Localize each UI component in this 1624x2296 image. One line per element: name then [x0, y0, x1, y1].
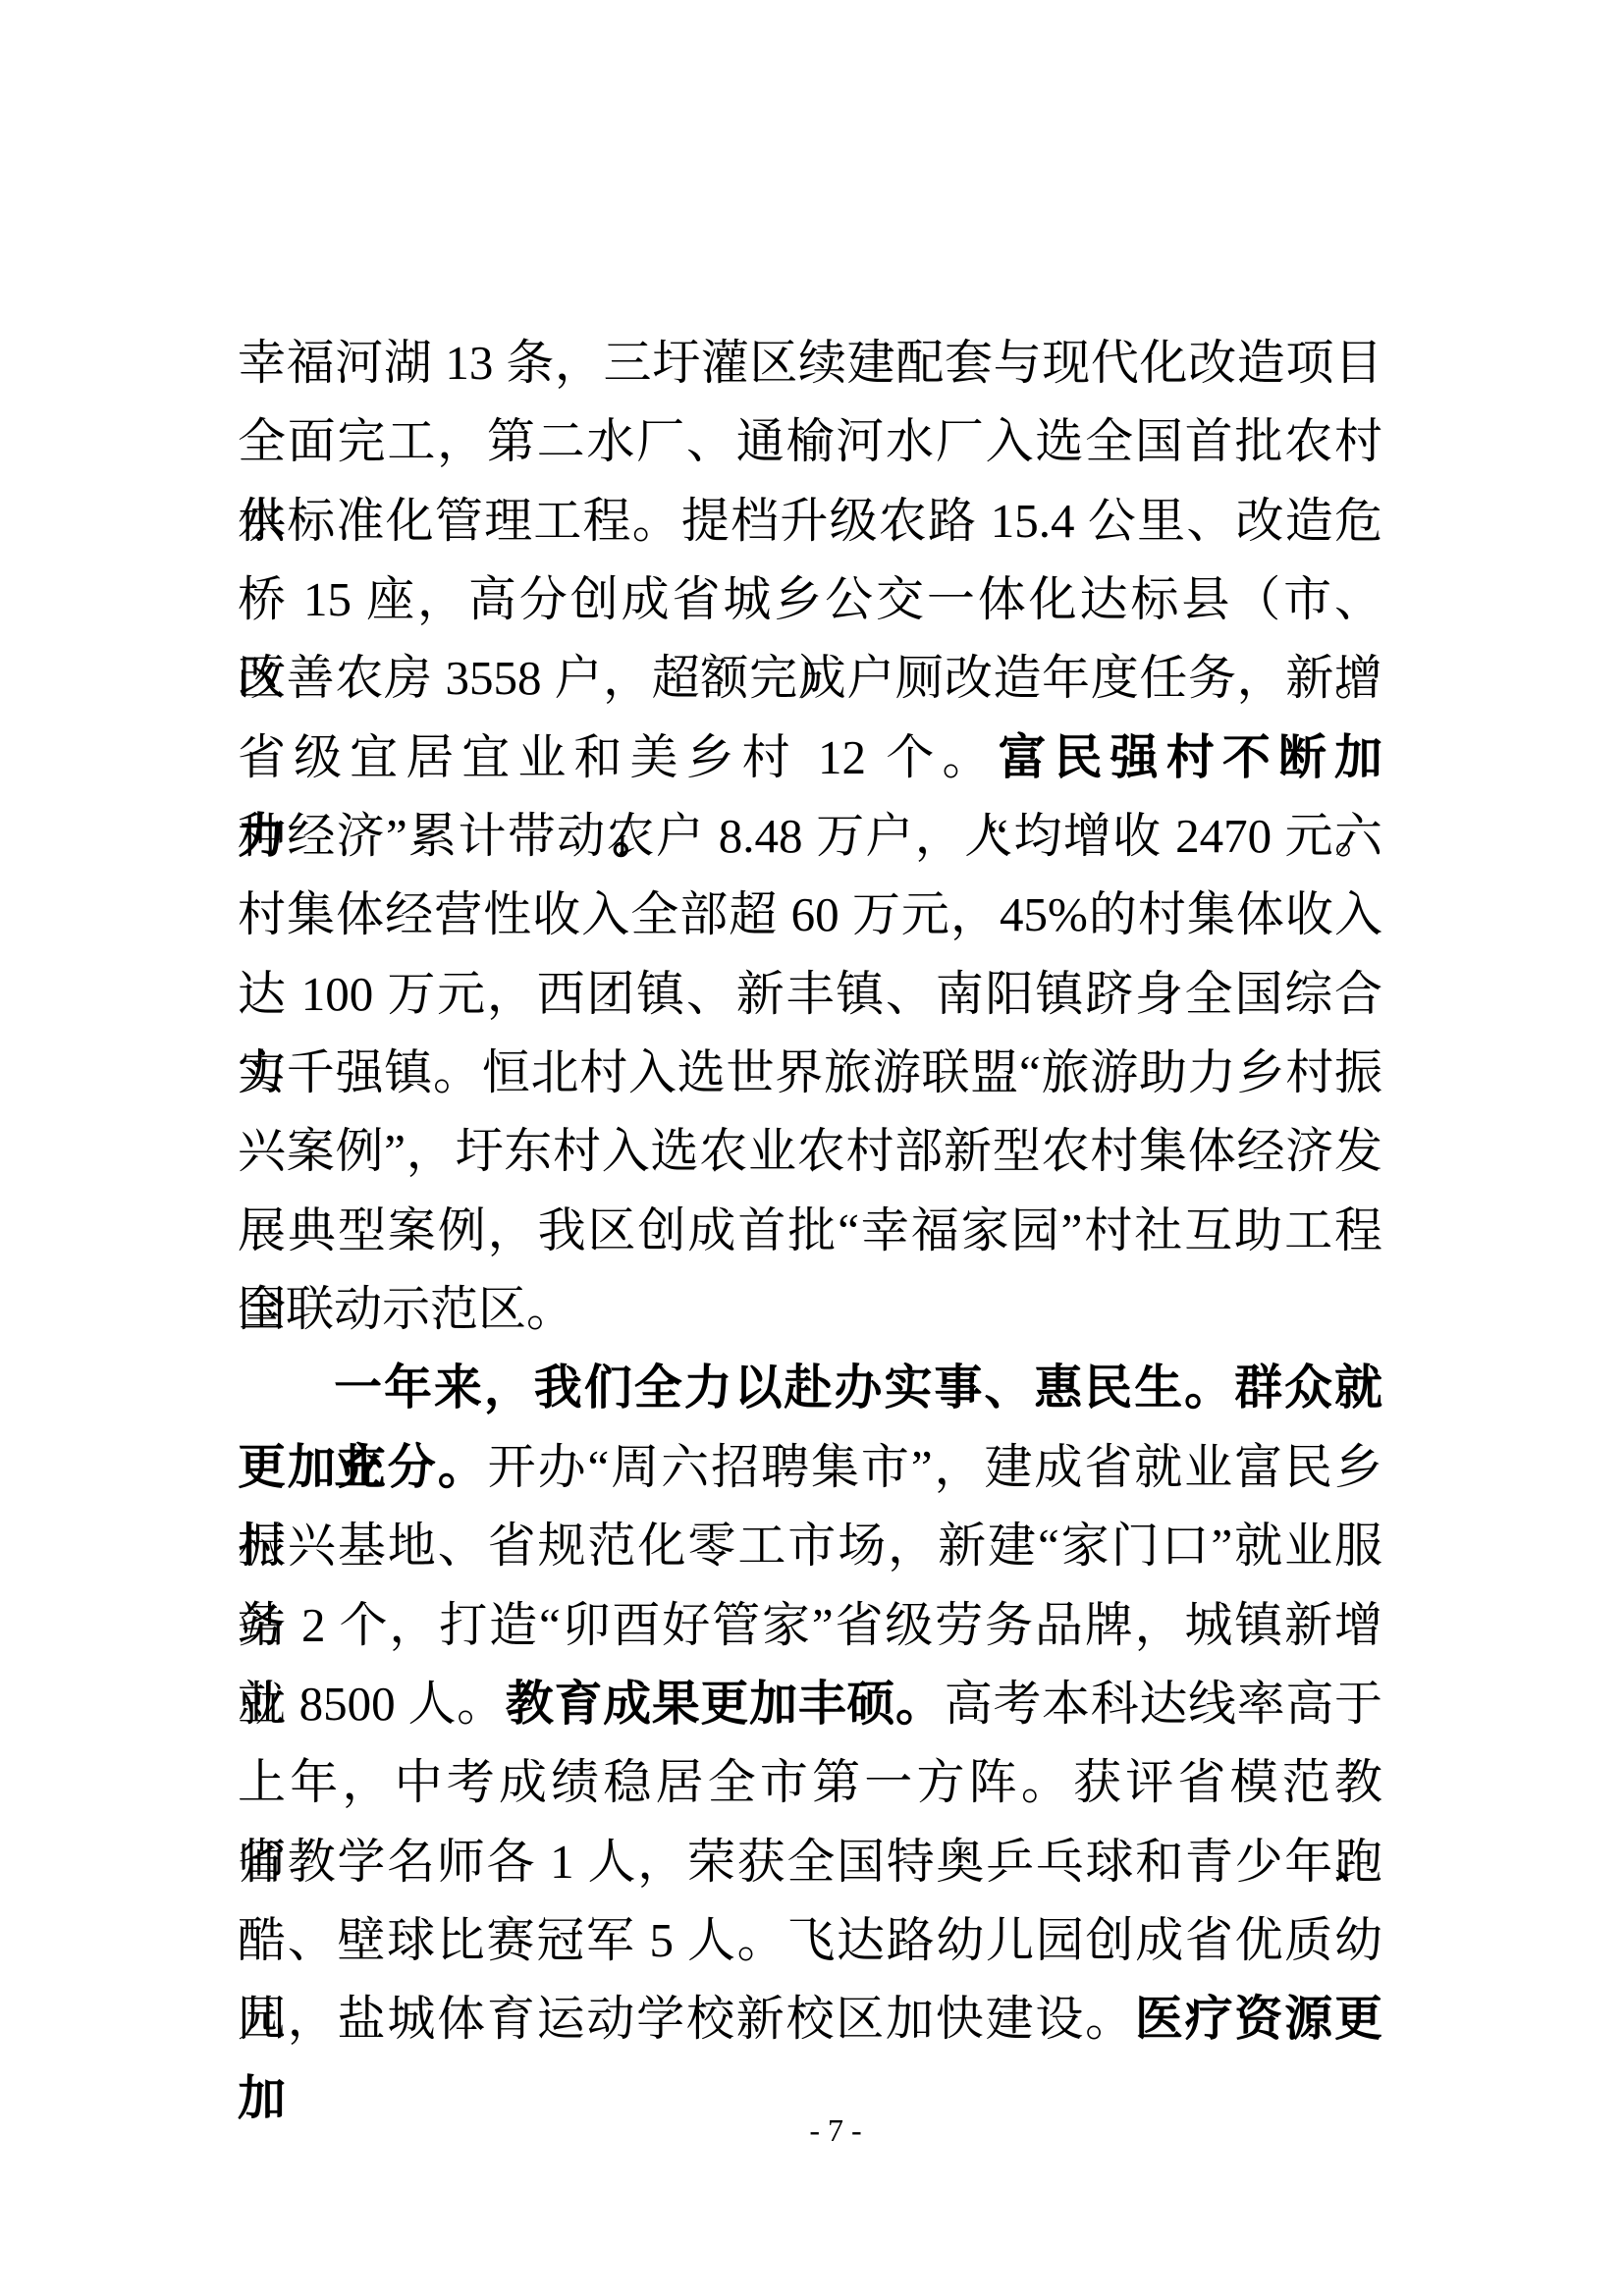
- text-line: 省级宜居宜业和美乡村 12 个。富民强村不断加力。“六: [238, 719, 1382, 797]
- text-line: 业 8500 人。教育成果更加丰硕。高考本科达线率高于: [238, 1665, 1382, 1743]
- text-line: 种经济”累计带动农户 8.48 万户，人均增收 2470 元。: [238, 797, 1382, 876]
- text-line: 达 100 万元，西团镇、新丰镇、南阳镇跻身全国综合实: [238, 955, 1382, 1034]
- body-text: 幸福河湖 13 条，三圩灌区续建配套与现代化改造项目: [238, 336, 1382, 390]
- text-line: 力千强镇。恒北村入选世界旅游联盟“旅游助力乡村振: [238, 1034, 1382, 1112]
- text-line: 一年来，我们全力以赴办实事、惠民生。群众就业: [238, 1349, 1382, 1427]
- text-line: 上年，中考成绩稳居全市第一方阵。获评省模范教师、: [238, 1743, 1382, 1822]
- body-text: 园，盐城体育运动学校新校区加快建设。: [238, 1992, 1135, 2046]
- body-text: 国联动示范区。: [238, 1282, 574, 1336]
- text-line: 展典型案例，我区创成首批“幸福家园”村社互助工程全: [238, 1192, 1382, 1270]
- text-line: 站 2 个，打造“卯酉好管家”省级劳务品牌，城镇新增就: [238, 1586, 1382, 1665]
- text-line: 振兴基地、省规范化零工市场，新建“家门口”就业服务: [238, 1507, 1382, 1585]
- body-text: 村集体经营性收入全部超 60 万元，45%的村集体收入: [238, 887, 1382, 941]
- body-text: 水标准化管理工程。提档升级农路 15.4 公里、改造危: [238, 494, 1382, 548]
- text-line: 改善农房 3558 户，超额完成户厕改造年度任务，新增: [238, 639, 1382, 718]
- text-line: 全面完工，第二水厂、通榆河水厂入选全国首批农村供: [238, 402, 1382, 481]
- page-number: - 7 -: [0, 2112, 1624, 2149]
- text-line: 国联动示范区。: [238, 1270, 1382, 1349]
- text-line: 园，盐城体育运动学校新校区加快建设。医疗资源更加: [238, 1980, 1382, 2058]
- emphasis-text: 教育成果更加丰硕。: [506, 1678, 945, 1731]
- document-page: 幸福河湖 13 条，三圩灌区续建配套与现代化改造项目全面完工，第二水厂、通榆河水…: [0, 0, 1624, 2296]
- body-text: 业 8500 人。: [238, 1677, 506, 1731]
- body-text: 省教学名师各 1 人，荣获全国特奥乒乓球和青少年跑: [238, 1835, 1382, 1889]
- text-line: 村集体经营性收入全部超 60 万元，45%的村集体收入: [238, 876, 1382, 954]
- emphasis-text: 更加充分。: [238, 1441, 488, 1494]
- text-line: 幸福河湖 13 条，三圩灌区续建配套与现代化改造项目: [238, 324, 1382, 402]
- body-text: 改善农房 3558 户，超额完成户厕改造年度任务，新增: [238, 651, 1382, 705]
- text-line: 兴案例”，圩东村入选农业农村部新型农村集体经济发: [238, 1112, 1382, 1191]
- body-text: 种经济”累计带动农户 8.48 万户，人均增收 2470 元。: [238, 809, 1382, 863]
- text-line: 酷、壁球比赛冠军 5 人。飞达路幼儿园创成省优质幼儿: [238, 1901, 1382, 1980]
- text-line: 桥 15 座，高分创成省城乡公交一体化达标县（市、区）。: [238, 561, 1382, 639]
- body-text: 高考本科达线率高于: [945, 1677, 1382, 1731]
- text-line: 水标准化管理工程。提档升级农路 15.4 公里、改造危: [238, 482, 1382, 561]
- document-body: 幸福河湖 13 条，三圩灌区续建配套与现代化改造项目全面完工，第二水厂、通榆河水…: [238, 324, 1382, 2059]
- body-text: 省级宜居宜业和美乡村 12 个。: [238, 730, 999, 784]
- body-text: 力千强镇。恒北村入选世界旅游联盟“旅游助力乡村振: [238, 1045, 1382, 1099]
- body-text: 兴案例”，圩东村入选农业农村部新型农村集体经济发: [238, 1124, 1382, 1178]
- text-line: 省教学名师各 1 人，荣获全国特奥乒乓球和青少年跑: [238, 1823, 1382, 1901]
- text-line: 更加充分。开办“周六招聘集市”，建成省就业富民乡村: [238, 1428, 1382, 1507]
